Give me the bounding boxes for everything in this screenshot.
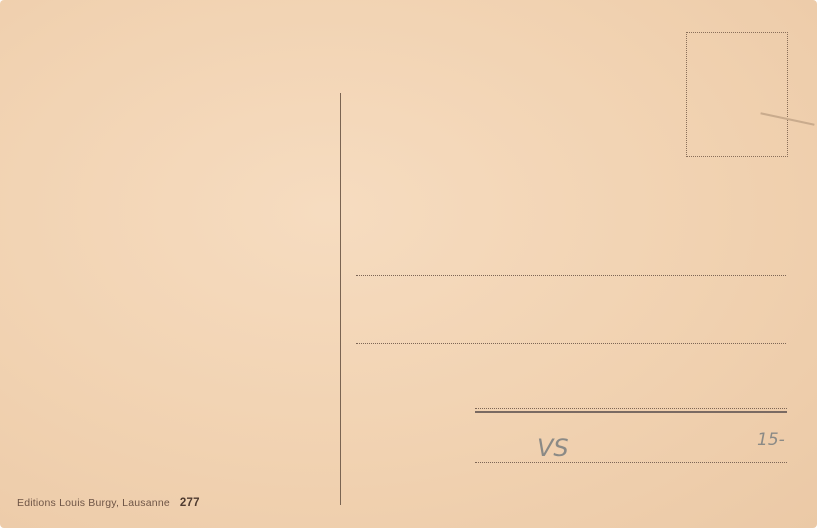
publisher-imprint: Editions Louis Burgy, Lausanne277 bbox=[17, 497, 200, 509]
handwritten-note-left: VS bbox=[537, 434, 569, 462]
catalog-number: 277 bbox=[180, 497, 200, 509]
handwritten-note-right: 15- bbox=[757, 430, 785, 450]
publisher-name: Editions Louis Burgy, Lausanne bbox=[17, 497, 170, 509]
stamp-box bbox=[686, 32, 788, 157]
address-line-1 bbox=[356, 275, 786, 276]
address-line-2 bbox=[356, 343, 786, 344]
postcard-back: VS 15- Editions Louis Burgy, Lausanne277 bbox=[0, 0, 817, 528]
address-line-4 bbox=[475, 462, 787, 463]
center-divider-line bbox=[340, 93, 341, 505]
address-underline bbox=[475, 411, 787, 413]
address-line-3 bbox=[475, 408, 787, 409]
